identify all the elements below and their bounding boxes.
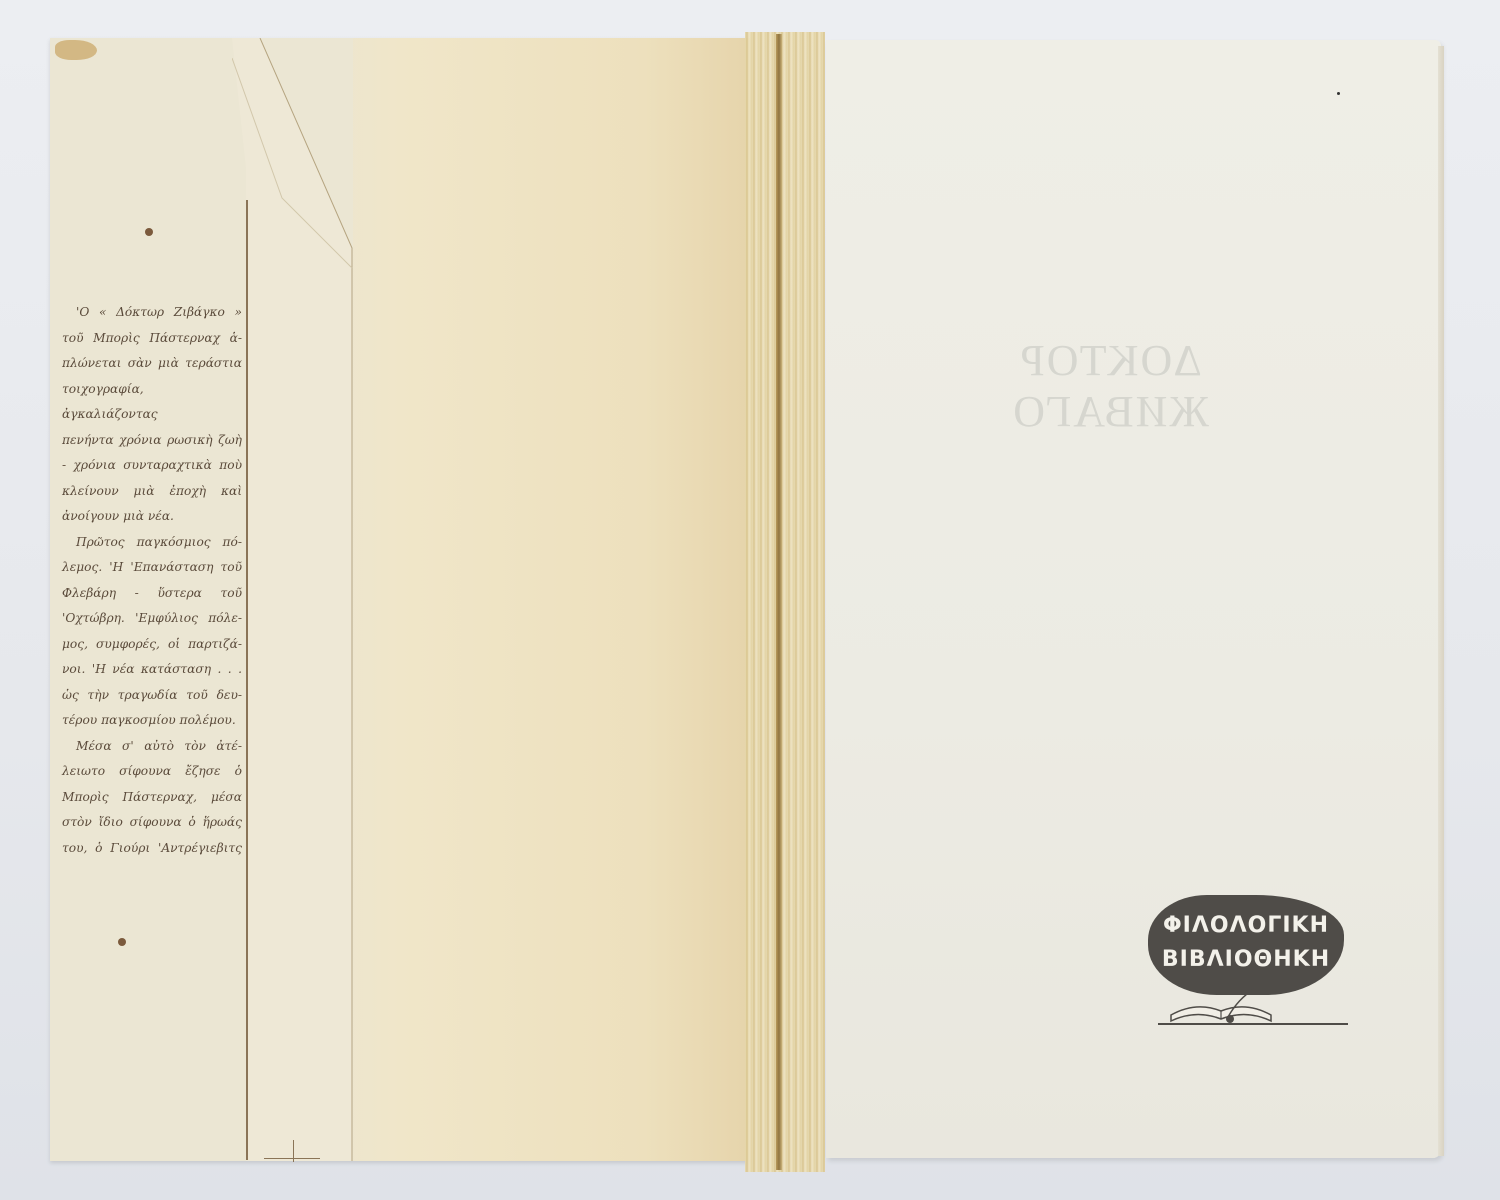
blurb-line: λειωτο σίφουνα ἔζησε ὁ: [62, 759, 242, 785]
page-block-edge: [1438, 46, 1444, 1156]
blurb-line: τοιχογραφία, ἀγκαλιάζοντας: [62, 377, 242, 428]
title-page: [826, 40, 1441, 1158]
open-book-with-quill-icon: [1166, 987, 1276, 1025]
corner-stain: [55, 40, 97, 60]
vertical-rule: [246, 200, 248, 1160]
bottom-rule: [264, 1158, 320, 1159]
blurb-line: μος, συμφορές, οἱ παρτιζά-: [62, 632, 242, 658]
paper-speck: [1337, 92, 1340, 95]
blurb-line: - χρόνια συνταραχτικὰ ποὺ: [62, 453, 242, 479]
blurb-line: Πρῶτος παγκόσμιος πό-: [62, 530, 242, 556]
book-spine-gutter: [745, 32, 825, 1172]
blurb-line: στὸν ἴδιο σίφουνα ὁ ἥρωάς: [62, 810, 242, 836]
blurb-line: 'Οχτώβρη. 'Εμφύλιος πόλε-: [62, 606, 242, 632]
blurb-line: τοῦ Μπορὶς Πάστερναχ ἁ-: [62, 326, 242, 352]
blurb-line: κλείνουν μιὰ ἐποχὴ καὶ: [62, 479, 242, 505]
gutter-crease: [776, 34, 782, 1170]
flap-fold-edge: [232, 38, 357, 1161]
publisher-emblem: ΦΙΛΟΛΟΓΙΚΗ ΒΙΒΛΙΟΘΗΚΗ: [1148, 895, 1348, 1035]
blurb-line: λεμος. 'Η 'Επανάσταση τοῦ: [62, 555, 242, 581]
emblem-text-line2: ΒΙΒΛΙΟΘΗΚΗ: [1148, 947, 1344, 972]
emblem-background: [1148, 895, 1344, 995]
emblem-text-line1: ΦΙΛΟΛΟΓΙΚΗ: [1148, 913, 1344, 938]
show-through-title: ΔΟΚΤΟΡ ЖИВАГО: [940, 335, 1280, 437]
blurb-line: πλώνεται σὰν μιὰ τεράστια: [62, 351, 242, 377]
blurb-line: ὡς τὴν τραγωδία τοῦ δευ-: [62, 683, 242, 709]
blurb-line: του, ὁ Γιούρι 'Αντρέγιεβιτς: [62, 836, 242, 862]
blurb-line: πενήντα χρόνια ρωσικὴ ζωὴ: [62, 428, 242, 454]
emblem-underline: [1158, 1023, 1348, 1025]
bullet-dot-bottom: [118, 938, 126, 946]
blurb-line: Φλεβάρη - ὕστερα τοῦ: [62, 581, 242, 607]
jacket-blurb: 'Ο « Δόκτωρ Ζιβάγκο » τοῦ Μπορὶς Πάστερν…: [62, 300, 242, 861]
blurb-line: Μπορὶς Πάστερναχ, μέσα: [62, 785, 242, 811]
blurb-line: νοι. 'Η νέα κατάσταση . . .: [62, 657, 242, 683]
blurb-line: τέρου παγκοσμίου πολέμου.: [62, 708, 242, 734]
blurb-line: Μέσα σ' αὐτὸ τὸν ἀτέ-: [62, 734, 242, 760]
bullet-dot-top: [145, 228, 153, 236]
blurb-line: 'Ο « Δόκτωρ Ζιβάγκο »: [62, 300, 242, 326]
blurb-line: ἀνοίγουν μιὰ νέα.: [62, 504, 242, 530]
crop-mark: [293, 1140, 294, 1162]
